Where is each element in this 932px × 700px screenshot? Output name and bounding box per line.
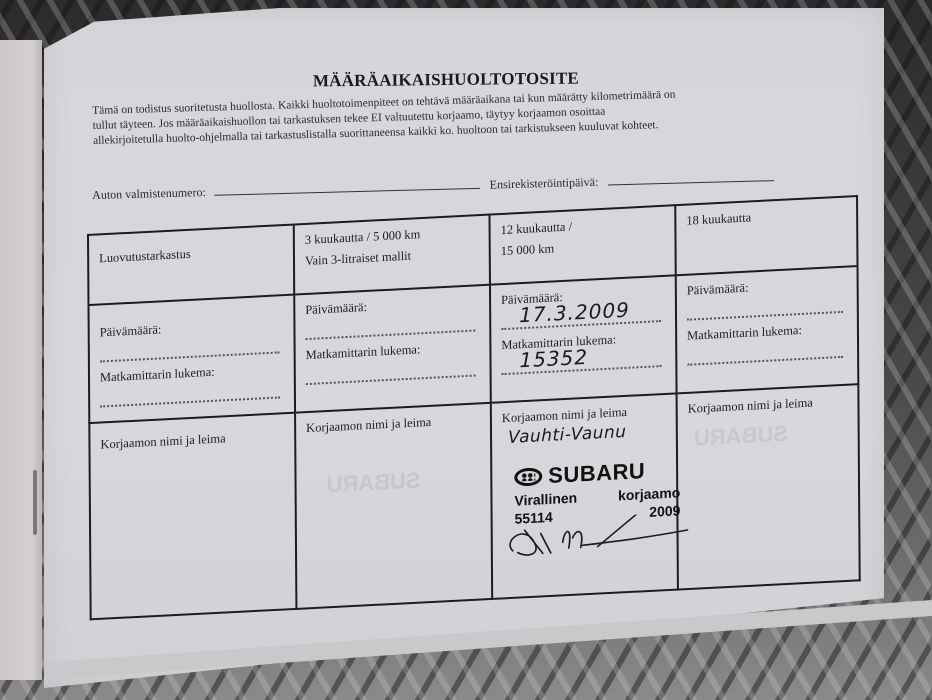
subaru-logo-icon bbox=[514, 467, 542, 486]
stamp-workshop: korjaamo bbox=[618, 484, 680, 503]
bleed-through-stamp: SUBARU bbox=[326, 467, 420, 498]
service-record-table: Luovutustarkastus 3 kuukautta / 5 000 km… bbox=[87, 195, 859, 604]
date-odometer-cell: Päivämäärä: Matkamittarin lukema: bbox=[676, 266, 859, 393]
document-title: MÄÄRÄAIKAISHUOLTOTOSITE bbox=[313, 69, 579, 92]
workshop-cell[interactable]: Korjaamon nimi ja leima Vauhti-Vaunu SUB… bbox=[491, 393, 678, 599]
date-field[interactable]: 17.3.2009 bbox=[501, 300, 661, 330]
column-header-12-months: 12 kuukautta / 15 000 km bbox=[489, 205, 675, 284]
first-registration-label: Ensirekisteröintipäivä: bbox=[490, 175, 599, 192]
workshop-cell[interactable]: Korjaamon nimi ja leima SUBARU bbox=[677, 384, 860, 589]
stamp-official: Virallinen bbox=[514, 490, 577, 509]
intro-paragraph: Tämä on todistus suoritetusta huollosta.… bbox=[92, 83, 853, 149]
stamp-brand: SUBARU bbox=[548, 458, 645, 489]
column-header-18-months: 18 kuukautta bbox=[675, 196, 857, 275]
handwritten-date: 17.3.2009 bbox=[519, 298, 630, 328]
column-header-3-months: 3 kuukautta / 5 000 km Vain 3-litraiset … bbox=[294, 215, 490, 295]
column-header-delivery: Luovutustarkastus bbox=[88, 225, 294, 305]
page-content: MÄÄRÄAIKAISHUOLTOTOSITE Tämä on todistus… bbox=[0, 0, 932, 700]
vin-field[interactable] bbox=[214, 178, 480, 196]
date-odometer-cell: Päivämäärä: Matkamittarin lukema: bbox=[294, 285, 491, 413]
date-odometer-cell: Päivämäärä: 17.3.2009 Matkamittarin luke… bbox=[490, 275, 677, 403]
workshop-cell[interactable]: Korjaamon nimi ja leima SUBARU bbox=[295, 403, 492, 609]
vehicle-fields: Auton valmistenumero:Ensirekisteröintipä… bbox=[92, 170, 774, 203]
vin-label: Auton valmistenumero: bbox=[92, 185, 206, 202]
date-odometer-cell: Päivämäärä: Matkamittarin lukema: bbox=[88, 295, 295, 424]
bleed-through-stamp: SUBARU bbox=[694, 421, 788, 452]
first-registration-field[interactable] bbox=[608, 170, 774, 185]
odometer-field[interactable]: 15352 bbox=[501, 345, 661, 375]
handwritten-odometer: 15352 bbox=[519, 345, 588, 372]
workshop-stamp-row: Korjaamon nimi ja leima Korjaamon nimi j… bbox=[89, 384, 859, 619]
workshop-cell[interactable]: Korjaamon nimi ja leima bbox=[89, 413, 296, 620]
